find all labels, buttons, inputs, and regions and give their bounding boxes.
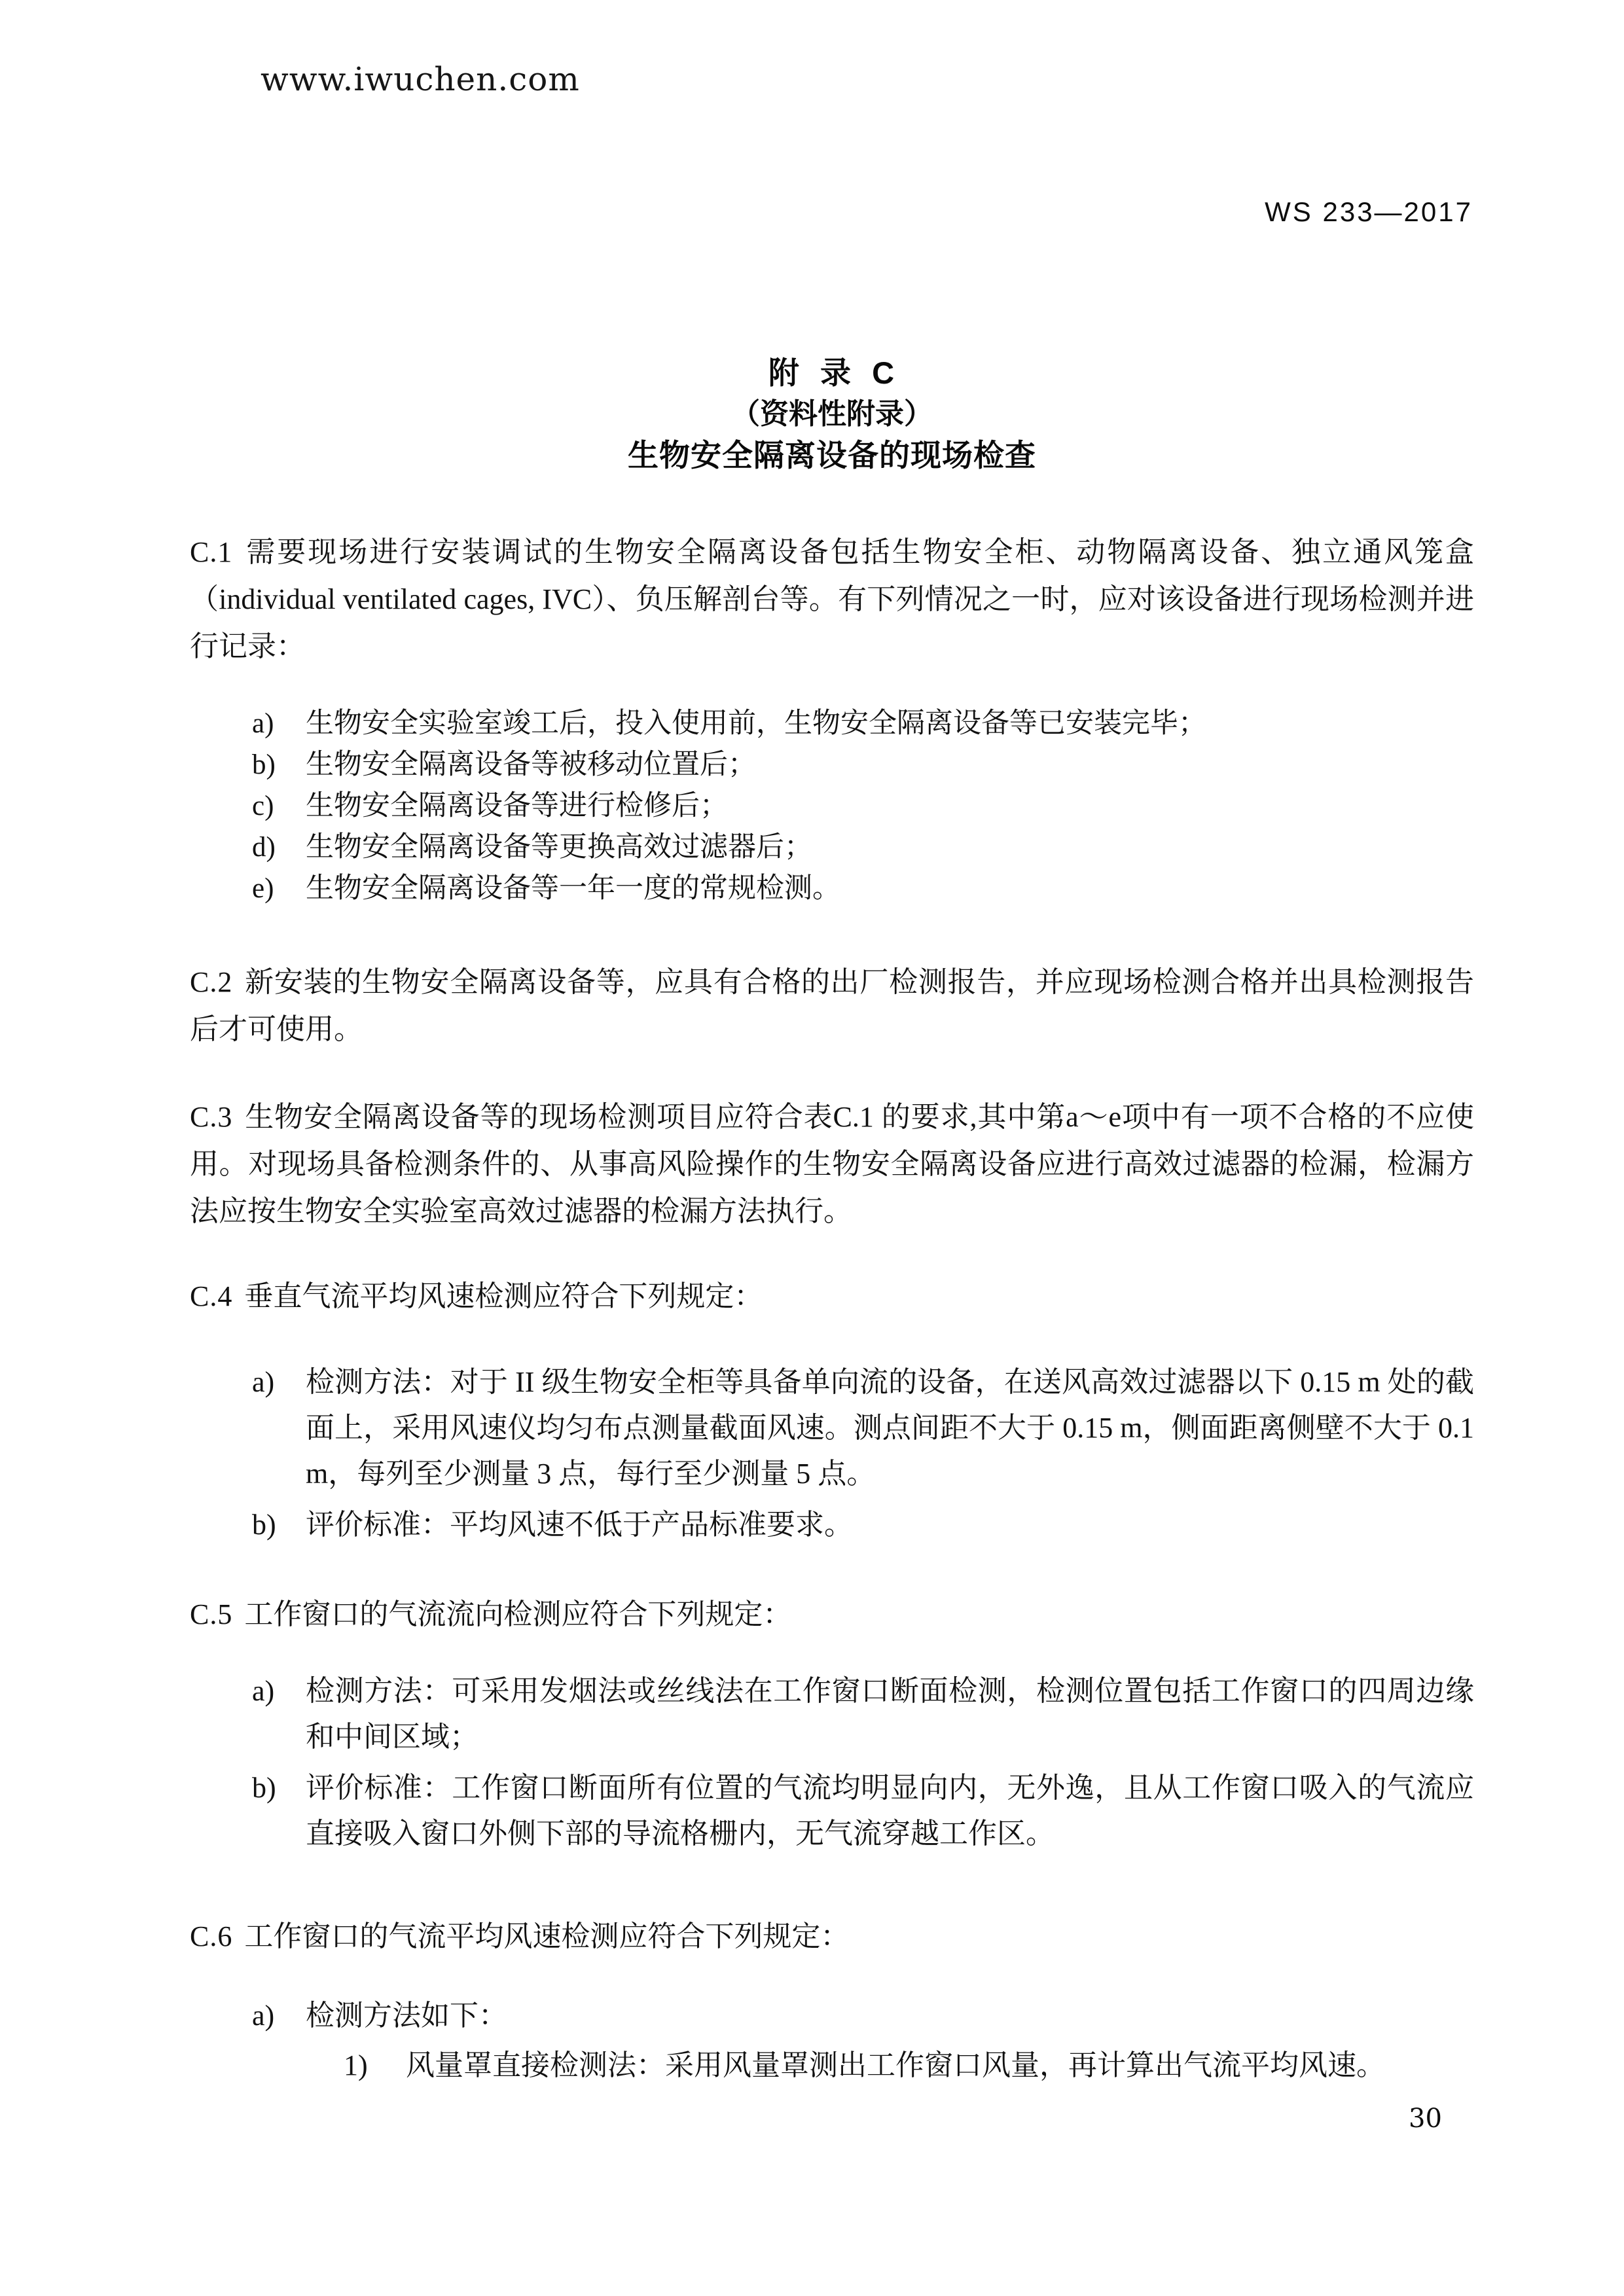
list-label: b)	[252, 1502, 306, 1548]
list-text: 风量罩直接检测法：采用风量罩测出工作窗口风量，再计算出气流平均风速。	[406, 2043, 1474, 2089]
section-label-c1: C.1	[190, 536, 232, 568]
list-text: 检测方法：对于 II 级生物安全柜等具备单向流的设备，在送风高效过滤器以下 0.…	[306, 1359, 1474, 1497]
list-label: d)	[252, 827, 306, 868]
list-text: 生物安全隔离设备等进行检修后；	[306, 785, 1474, 827]
list-item-c1-e: e) 生物安全隔离设备等一年一度的常规检测。	[252, 868, 1474, 909]
section-label-c2: C.2	[190, 966, 232, 998]
paragraph-c6: C.6工作窗口的气流平均风速检测应符合下列规定：	[190, 1913, 1474, 1960]
list-item-c6-a-1: 1) 风量罩直接检测法：采用风量罩测出工作窗口风量，再计算出气流平均风速。	[344, 2043, 1474, 2089]
list-text: 生物安全隔离设备等更换高效过滤器后；	[306, 827, 1474, 868]
list-text: 生物安全实验室竣工后，投入使用前，生物安全隔离设备等已安装完毕；	[306, 703, 1474, 744]
section-label-c3: C.3	[190, 1101, 232, 1133]
sub-list-c6-a: 1) 风量罩直接检测法：采用风量罩测出工作窗口风量，再计算出气流平均风速。	[344, 2043, 1474, 2089]
list-label: a)	[252, 1993, 306, 2039]
list-c6: a) 检测方法如下： 1) 风量罩直接检测法：采用风量罩测出工作窗口风量，再计算…	[252, 1993, 1474, 2089]
list-label: b)	[252, 744, 306, 785]
list-label: b)	[252, 1765, 306, 1857]
section-text-c2: 新安装的生物安全隔离设备等，应具有合格的出厂检测报告，并应现场检测合格并出具检测…	[190, 966, 1474, 1045]
list-text: 评价标准：平均风速不低于产品标准要求。	[306, 1502, 1474, 1548]
list-label: 1)	[344, 2043, 406, 2089]
list-text: 检测方法：可采用发烟法或丝线法在工作窗口断面检测，检测位置包括工作窗口的四周边缘…	[306, 1668, 1474, 1760]
section-label-c4: C.4	[190, 1280, 232, 1312]
standard-code: WS 233—2017	[1265, 196, 1473, 228]
list-label: a)	[252, 1359, 306, 1497]
document-page: www.iwuchen.com WS 233—2017 附 录 C （资料性附录…	[0, 0, 1624, 2296]
list-label: c)	[252, 785, 306, 827]
list-item-c6-a: a) 检测方法如下：	[252, 1993, 1474, 2039]
list-item-c4-b: b) 评价标准：平均风速不低于产品标准要求。	[252, 1502, 1474, 1548]
section-text-c3: 生物安全隔离设备等的现场检测项目应符合表C.1 的要求,其中第a～e项中有一项不…	[190, 1101, 1474, 1227]
list-text: 生物安全隔离设备等一年一度的常规检测。	[306, 868, 1474, 909]
section-text-c1: 需要现场进行安装调试的生物安全隔离设备包括生物安全柜、动物隔离设备、独立通风笼盒…	[190, 536, 1474, 662]
list-item-c5-a: a) 检测方法：可采用发烟法或丝线法在工作窗口断面检测，检测位置包括工作窗口的四…	[252, 1668, 1474, 1760]
list-text: 检测方法如下：	[306, 1993, 1474, 2039]
page-number: 30	[1409, 2104, 1442, 2134]
appendix-name: 生物安全隔离设备的现场检查	[190, 435, 1474, 476]
section-text-c6: 工作窗口的气流平均风速检测应符合下列规定：	[244, 1920, 849, 1952]
list-label: a)	[252, 703, 306, 744]
list-item-c5-b: b) 评价标准：工作窗口断面所有位置的气流均明显向内，无外逸，且从工作窗口吸入的…	[252, 1765, 1474, 1857]
document-content: 附 录 C （资料性附录） 生物安全隔离设备的现场检查 C.1需要现场进行安装调…	[190, 352, 1474, 2089]
section-label-c5: C.5	[190, 1598, 232, 1630]
list-c4: a) 检测方法：对于 II 级生物安全柜等具备单向流的设备，在送风高效过滤器以下…	[252, 1359, 1474, 1548]
list-label: a)	[252, 1668, 306, 1760]
paragraph-c5: C.5工作窗口的气流流向检测应符合下列规定：	[190, 1591, 1474, 1638]
watermark-url: www.iwuchen.com	[261, 60, 580, 98]
paragraph-c2: C.2新安装的生物安全隔离设备等，应具有合格的出厂检测报告，并应现场检测合格并出…	[190, 959, 1474, 1053]
appendix-type-note: （资料性附录）	[190, 394, 1474, 435]
section-text-c5: 工作窗口的气流流向检测应符合下列规定：	[244, 1598, 791, 1630]
paragraph-c4: C.4垂直气流平均风速检测应符合下列规定：	[190, 1273, 1474, 1320]
list-text: 评价标准：工作窗口断面所有位置的气流均明显向内，无外逸，且从工作窗口吸入的气流应…	[306, 1765, 1474, 1857]
list-label: e)	[252, 868, 306, 909]
paragraph-c3: C.3生物安全隔离设备等的现场检测项目应符合表C.1 的要求,其中第a～e项中有…	[190, 1094, 1474, 1235]
list-item-c1-b: b) 生物安全隔离设备等被移动位置后；	[252, 744, 1474, 785]
section-label-c6: C.6	[190, 1920, 232, 1952]
list-item-c1-c: c) 生物安全隔离设备等进行检修后；	[252, 785, 1474, 827]
section-text-c4: 垂直气流平均风速检测应符合下列规定：	[244, 1280, 763, 1312]
paragraph-c1: C.1需要现场进行安装调试的生物安全隔离设备包括生物安全柜、动物隔离设备、独立通…	[190, 529, 1474, 670]
list-item-c4-a: a) 检测方法：对于 II 级生物安全柜等具备单向流的设备，在送风高效过滤器以下…	[252, 1359, 1474, 1497]
appendix-title-block: 附 录 C （资料性附录） 生物安全隔离设备的现场检查	[190, 352, 1474, 476]
appendix-title: 附 录 C	[190, 352, 1474, 394]
list-c1: a) 生物安全实验室竣工后，投入使用前，生物安全隔离设备等已安装完毕； b) 生…	[252, 703, 1474, 909]
list-item-c1-a: a) 生物安全实验室竣工后，投入使用前，生物安全隔离设备等已安装完毕；	[252, 703, 1474, 744]
list-text: 生物安全隔离设备等被移动位置后；	[306, 744, 1474, 785]
list-item-c1-d: d) 生物安全隔离设备等更换高效过滤器后；	[252, 827, 1474, 868]
list-c5: a) 检测方法：可采用发烟法或丝线法在工作窗口断面检测，检测位置包括工作窗口的四…	[252, 1668, 1474, 1857]
